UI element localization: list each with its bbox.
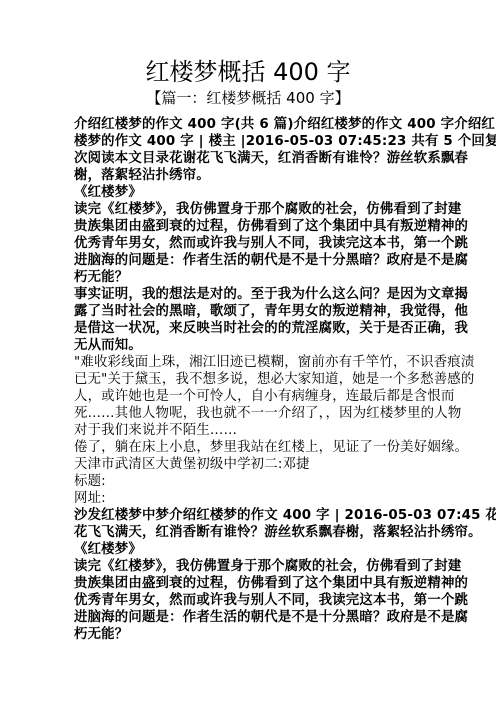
text-line: 《红楼梦》	[74, 541, 426, 558]
text-line: 死……其他人物呢，我也就不一一介绍了，，因为红楼梦里的人物	[74, 405, 426, 422]
text-line: 无从而知。	[74, 337, 426, 354]
text-line: 倦了，躺在床上小息，梦里我站在红楼上，见证了一份美好姻缘。	[74, 439, 426, 456]
text-line: 对于我们来说并不陌生……	[74, 422, 426, 439]
document-title: 红楼梦概括 400 字	[0, 57, 496, 87]
text-line: 标题:	[74, 473, 426, 490]
text-line: 榭，落絮轻沾扑绣帘。	[74, 167, 426, 184]
text-line: 花飞飞满天，红消香断有谁怜？游丝软系飘春榭，落絮轻沾扑绣帘。	[74, 524, 426, 541]
text-line: 是借这一状况，来反映当时社会的的荒淫腐败，关于是否正确，我	[74, 320, 426, 337]
text-line: 朽无能？	[74, 269, 426, 286]
text-line: 天津市武清区大黄堡初级中学初二:邓捷	[74, 456, 426, 473]
text-line: 贵族集团由盛到衰的过程，仿佛看到了这个集团中具有叛逆精神的	[74, 575, 426, 592]
text-line: 进脑海的问题是：作者生活的朝代是不是十分黑暗？政府是不是腐	[74, 252, 426, 269]
text-line: 贵族集团由盛到衰的过程，仿佛看到了这个集团中具有叛逆精神的	[74, 218, 426, 235]
text-line: 《红楼梦》	[74, 184, 426, 201]
text-line: 网址:	[74, 490, 426, 507]
text-line: 楼梦的作文 400 字 | 楼主 |2016-05-03 07:45:23 共有…	[74, 133, 426, 150]
text-line: 优秀青年男女，然而或许我与别人不同，我读完这本书，第一个跳	[74, 235, 426, 252]
text-line: 露了当时社会的黑暗，歌颂了，青年男女的叛逆精神，我觉得，他	[74, 303, 426, 320]
text-line: 事实证明，我的想法是对的。至于我为什么这么问？是因为文章揭	[74, 286, 426, 303]
text-line: 进脑海的问题是：作者生活的朝代是不是十分黑暗？政府是不是腐	[74, 609, 426, 626]
text-line: 沙发红楼梦中梦介绍红楼梦的作文 400 字 | 2016-05-03 07:45…	[74, 507, 426, 524]
text-line: 人，或许她也是一个可怜人，自小有病缠身，连最后都是含恨而	[74, 388, 426, 405]
text-line: "难收彩线面上珠，湘江旧迹已模糊，窗前亦有千竿竹，不识香痕渍	[74, 354, 426, 371]
document-body: 介绍红楼梦的作文 400 字(共 6 篇)介绍红楼梦的作文 400 字介绍红楼梦…	[74, 116, 426, 643]
text-line: 已无"关于黛玉，我不想多说，想必大家知道，她是一个多愁善感的	[74, 371, 426, 388]
text-line: 次阅读本文目录花谢花飞飞满天，红消香断有谁怜？游丝软系飘春	[74, 150, 426, 167]
text-line: 介绍红楼梦的作文 400 字(共 6 篇)介绍红楼梦的作文 400 字介绍红	[74, 116, 426, 133]
document-subtitle: 【篇一：红楼梦概括 400 字】	[0, 88, 496, 108]
text-line: 读完《红楼梦》，我仿佛置身于那个腐败的社会，仿佛看到了封建	[74, 558, 426, 575]
text-line: 朽无能？	[74, 626, 426, 643]
text-line: 读完《红楼梦》，我仿佛置身于那个腐败的社会，仿佛看到了封建	[74, 201, 426, 218]
text-line: 优秀青年男女，然而或许我与别人不同，我读完这本书，第一个跳	[74, 592, 426, 609]
